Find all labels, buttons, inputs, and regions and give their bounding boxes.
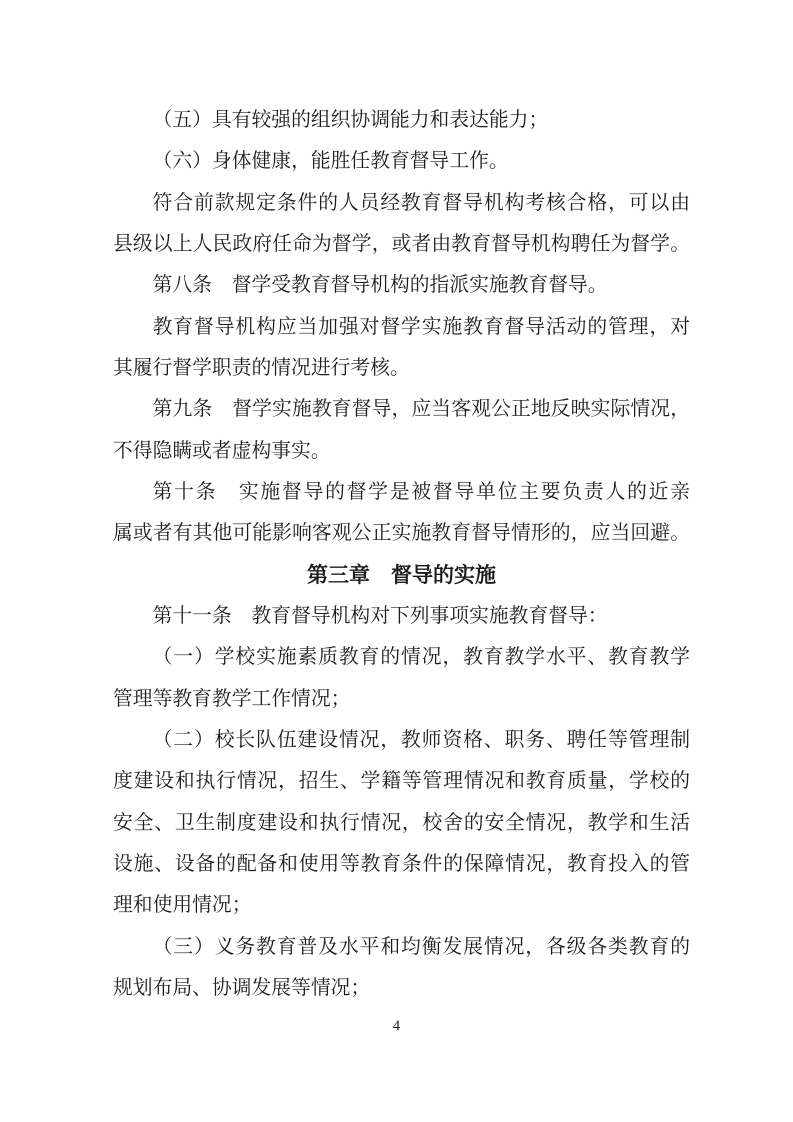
- text-line: （三）义务教育普及水平和均衡发展情况，各级各类教育的: [113, 927, 690, 968]
- text-line: 管理等教育教学工作情况；: [113, 679, 690, 720]
- text-line: 第九条 督学实施教育督导，应当客观公正地反映实际情况，: [113, 389, 690, 430]
- text-line: 符合前款规定条件的人员经教育督导机构考核合格，可以由: [113, 183, 690, 224]
- text-line: 属或者有其他可能影响客观公正实施教育督导情形的，应当回避。: [113, 513, 690, 554]
- text-line: 教育督导机构应当加强对督学实施教育督导活动的管理，对: [113, 307, 690, 348]
- text-line: 第八条 督学受教育督导机构的指派实施教育督导。: [113, 265, 690, 306]
- text-line: 县级以上人民政府任命为督学，或者由教育督导机构聘任为督学。: [113, 224, 690, 265]
- text-line: 第十一条 教育督导机构对下列事项实施教育督导：: [113, 596, 690, 637]
- text-line: 规划布局、协调发展等情况；: [113, 968, 690, 1009]
- document-body: （五）具有较强的组织协调能力和表达能力； （六）身体健康，能胜任教育督导工作。 …: [113, 100, 690, 1009]
- text-line: 度建设和执行情况，招生、学籍等管理情况和教育质量，学校的: [113, 761, 690, 802]
- page-number: 4: [0, 1016, 793, 1036]
- text-line: 不得隐瞒或者虚构事实。: [113, 431, 690, 472]
- text-line: 理和使用情况；: [113, 885, 690, 926]
- text-line: 第十条 实施督导的督学是被督导单位主要负责人的近亲: [113, 472, 690, 513]
- text-line: （六）身体健康，能胜任教育督导工作。: [113, 141, 690, 182]
- text-line: 其履行督学职责的情况进行考核。: [113, 348, 690, 389]
- text-line: 设施、设备的配备和使用等教育条件的保障情况，教育投入的管: [113, 844, 690, 885]
- document-page: （五）具有较强的组织协调能力和表达能力； （六）身体健康，能胜任教育督导工作。 …: [0, 0, 793, 1122]
- text-line: 安全、卫生制度建设和执行情况，校舍的安全情况，教学和生活: [113, 803, 690, 844]
- text-line: （一）学校实施素质教育的情况，教育教学水平、教育教学: [113, 637, 690, 678]
- text-line: （二）校长队伍建设情况，教师资格、职务、聘任等管理制: [113, 720, 690, 761]
- chapter-heading: 第三章 督导的实施: [113, 555, 690, 596]
- text-line: （五）具有较强的组织协调能力和表达能力；: [113, 100, 690, 141]
